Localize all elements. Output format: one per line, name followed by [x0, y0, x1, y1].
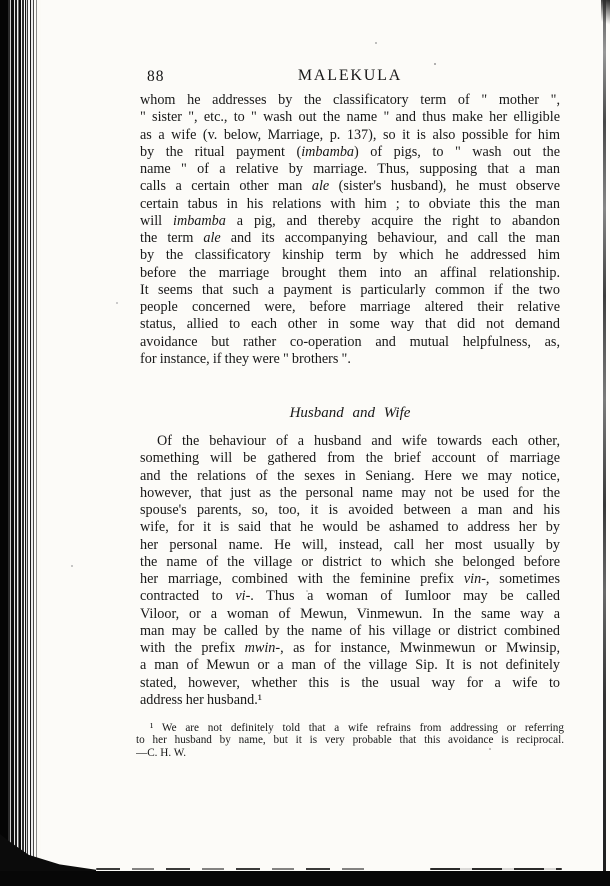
text-line: the term ale and its accompanying behavi…: [140, 230, 560, 247]
text-line: " sister ", etc., to " wash out the name…: [140, 109, 560, 126]
text-line: —C. H. W.: [136, 747, 564, 759]
text-line: and the relations of the sexes in Senian…: [140, 468, 560, 485]
text-line: a man of Mewun or a man of the village S…: [140, 657, 560, 674]
scan-corner-smudge: [601, 0, 610, 30]
footnote: ¹ We are not definitely told that a wife…: [136, 722, 564, 759]
bottom-scuff-mark-left: [96, 868, 366, 870]
text-line: man may be called by the name of his vil…: [140, 623, 560, 640]
text-line: avoidance but rather co-operation and mu…: [140, 334, 560, 351]
scan-bottom-black-bar: [0, 871, 610, 886]
bottom-scuff-mark-right: [430, 868, 562, 870]
text-line: however, that just as the personal name …: [140, 485, 560, 502]
text-line: something will be gathered from the brie…: [140, 450, 560, 467]
text-line: ¹ We are not definitely told that a wife…: [136, 722, 564, 734]
text-line: with the prefix mwin-, as for instance, …: [140, 640, 560, 657]
text-line: name " of a relative by marriage. Thus, …: [140, 161, 560, 178]
body-paragraph-2: Of the behaviour of a husband and wife t…: [140, 433, 560, 709]
text-line: her personal name. He will, instead, cal…: [140, 537, 560, 554]
text-line: people concerned were, before marriage a…: [140, 299, 560, 316]
text-line: as a wife (v. below, Marriage, p. 137), …: [140, 127, 560, 144]
scanned-book-page: 88 MALEKULA whom he addresses by the cla…: [0, 0, 610, 886]
text-line: the name of the village or district to w…: [140, 554, 560, 571]
page-header: 88 MALEKULA: [140, 67, 560, 89]
running-title: MALEKULA: [140, 67, 560, 85]
text-line: stated, however, whether this is the usu…: [140, 675, 560, 692]
text-line: address her husband.¹: [140, 692, 560, 709]
text-line: her marriage, combined with the feminine…: [140, 571, 560, 588]
text-line: status, allied to each other in some way…: [140, 316, 560, 333]
text-line: contracted to vi-. Thus a woman of Iumlo…: [140, 588, 560, 605]
book-spine-page-edges: [0, 0, 41, 886]
text-line: It seems that such a payment is particul…: [140, 282, 560, 299]
text-line: by the classificatory kinship term by wh…: [140, 247, 560, 264]
text-line: before the marriage brought them into an…: [140, 265, 560, 282]
text-line: for instance, if they were " brothers ".: [140, 351, 560, 368]
text-line: Of the behaviour of a husband and wife t…: [140, 433, 560, 450]
text-line: Viloor, or a woman of Mewun, Vinmewun. I…: [140, 606, 560, 623]
text-line: by the ritual payment (imbamba) of pigs,…: [140, 144, 560, 161]
text-line: wife, for it is said that he would be as…: [140, 519, 560, 536]
page-right-edge-line: [603, 0, 606, 871]
body-paragraph-1: whom he addresses by the classificatory …: [140, 92, 560, 368]
text-line: spouse's parents, so, too, it is avoided…: [140, 502, 560, 519]
text-line: will imbamba a pig, and thereby acquire …: [140, 213, 560, 230]
paper-specks: [0, 0, 2, 2]
text-line: whom he addresses by the classificatory …: [140, 92, 560, 109]
section-heading: Husband and Wife: [140, 405, 560, 422]
page-content: 88 MALEKULA whom he addresses by the cla…: [140, 0, 560, 886]
text-line: calls a certain other man ale (sister's …: [140, 178, 560, 195]
text-line: to her husband by name, but it is very p…: [136, 734, 564, 746]
text-line: certain tabus in his relations with him …: [140, 196, 560, 213]
